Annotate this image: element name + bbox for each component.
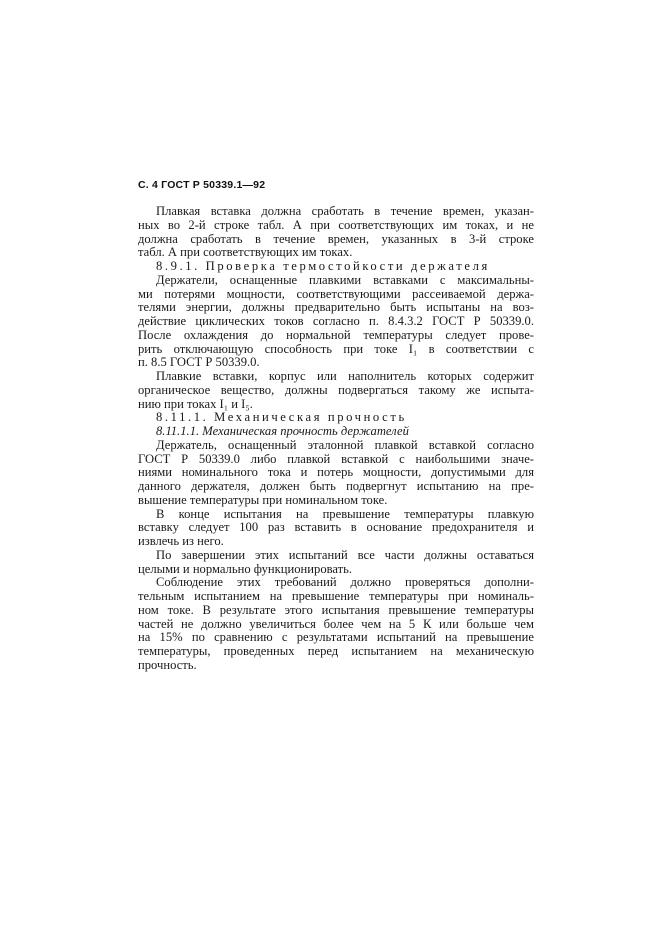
text-line: прочность.	[138, 659, 534, 673]
text-line: на 15% по сравнению с результатами испыт…	[138, 631, 534, 645]
text-line: органическое вещество, должны подвергать…	[138, 384, 534, 398]
text-line: ГОСТ Р 50339.0 либо плавкой вставкой с н…	[138, 453, 534, 467]
text-line: должна сработать в течение времен, указа…	[138, 233, 534, 247]
text-line: извлечь из него.	[138, 535, 534, 549]
text-line: В конце испытания на превышение температ…	[138, 508, 534, 522]
text-line: По завершении этих испытаний все части д…	[138, 549, 534, 563]
text-line: ном токе. В результате этого испытания п…	[138, 604, 534, 618]
text-line: частей не должно увеличиться более чем н…	[138, 618, 534, 632]
text-line: ми потерями мощности, соответствующими р…	[138, 288, 534, 302]
text-line: данного держателя, должен быть подвергну…	[138, 480, 534, 494]
text-line: целыми и нормально функционировать.	[138, 563, 534, 577]
text-line: После охлаждения до нормальной температу…	[138, 329, 534, 343]
text-line: табл. А при соответствующих им токах.	[138, 246, 534, 260]
text-line: температуры, проведенных перед испытание…	[138, 645, 534, 659]
text-line: п. 8.5 ГОСТ Р 50339.0.	[138, 356, 534, 370]
text-line: Плавкая вставка должна сработать в течен…	[138, 205, 534, 219]
text-line: 8.9.1. Проверка термостойкости держателя	[138, 260, 534, 274]
text-line: нию при токах I₁ и I₅.	[138, 398, 534, 412]
text-line: рить отключающую способность при токе I₁…	[138, 343, 534, 357]
text-line: ниями номинального тока и потерь мощност…	[138, 466, 534, 480]
text-line: действие циклических токов согласно п. 8…	[138, 315, 534, 329]
text-line: вставку следует 100 раз вставить в основ…	[138, 521, 534, 535]
text-line: телями энергии, должны предварительно бы…	[138, 301, 534, 315]
text-line: 8.11.1. Механическая прочность	[138, 411, 534, 425]
text-line: ных во 2-й строке табл. А при соответств…	[138, 219, 534, 233]
text-line: вышение температуры при номинальном токе…	[138, 494, 534, 508]
running-header: С. 4 ГОСТ Р 50339.1—92	[138, 179, 265, 191]
text-line: Плавкие вставки, корпус или наполнитель …	[138, 370, 534, 384]
text-line: Держатели, оснащенные плавкими вставками…	[138, 274, 534, 288]
text-line: Соблюдение этих требований должно провер…	[138, 576, 534, 590]
text-line: Держатель, оснащенный эталонной плавкой …	[138, 439, 534, 453]
text-line: 8.11.1.1. Механическая прочность держате…	[138, 425, 534, 439]
text-line: тельным испытанием на превышение темпера…	[138, 590, 534, 604]
document-body: Плавкая вставка должна сработать в течен…	[138, 205, 534, 673]
